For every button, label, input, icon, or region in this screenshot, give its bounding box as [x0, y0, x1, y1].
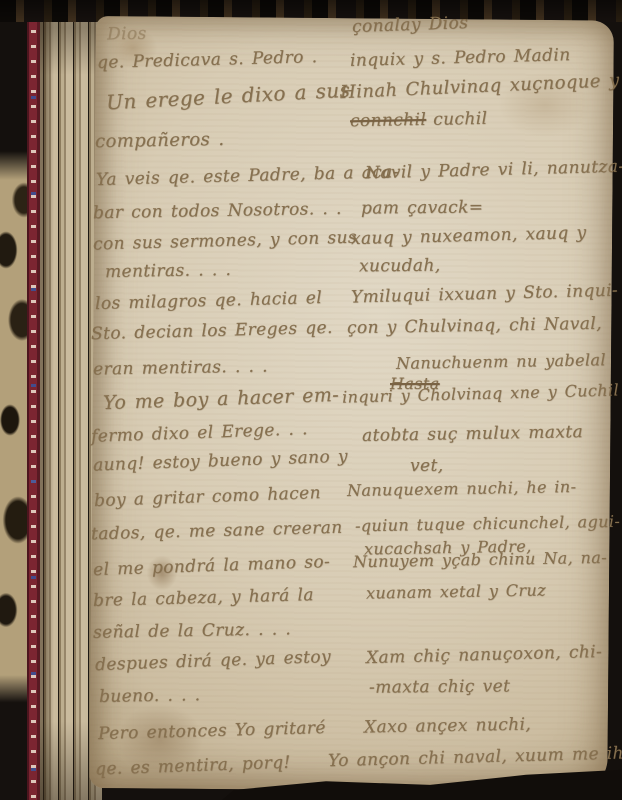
struck-word: connchil — [350, 110, 427, 131]
manuscript-line-right: Xaxo ançex nuchi, — [364, 715, 531, 738]
manuscript-line-right: pam çavack= — [361, 197, 484, 218]
manuscript-line-right: Nanuchuenm nu yabelal — [396, 350, 606, 373]
manuscript-line-right: xuanam xetal y Cruz — [366, 580, 546, 602]
manuscript-line-left: compañeros . — [95, 129, 225, 152]
spine-headband — [27, 0, 40, 800]
manuscript-line-right: xucudah, — [359, 256, 441, 277]
manuscript-line-right: -maxta chiç vet — [369, 676, 510, 697]
manuscript-line-left: señal de la Cruz. . . . — [93, 619, 291, 642]
manuscript-line-right: çonalay Dios — [352, 13, 469, 37]
manuscript-line-right: atobta suç mulux maxta — [362, 422, 583, 446]
manuscript-line-left: mentiras. . . . — [105, 260, 232, 282]
manuscript-line-right: vet, — [410, 456, 444, 476]
manuscript-line-left: eran mentiras. . . . — [93, 356, 268, 379]
manuscript-photo: Dios çonalay Dios qe. Predicava s. Pedro… — [0, 0, 622, 800]
manuscript-line-left: bueno. . . . — [99, 685, 201, 707]
manuscript-line-right: Nanuquexem nuchi, he in- — [347, 477, 577, 500]
manuscript-line-left: Dios — [107, 24, 147, 45]
manuscript-line-right: connchilcuchil — [350, 109, 488, 131]
correction-word: cuchil — [433, 109, 488, 130]
